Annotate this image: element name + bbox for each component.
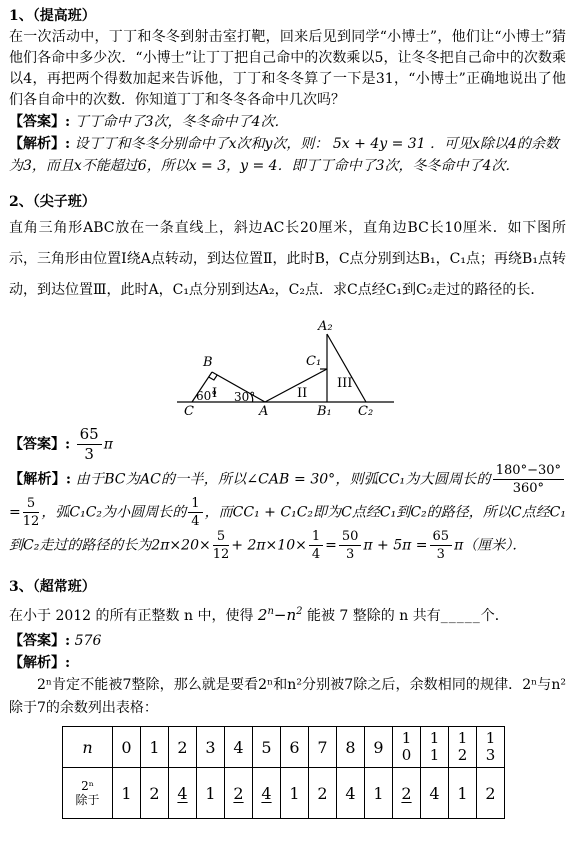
remainder-cell: 1 xyxy=(281,768,309,819)
problem1-body: 在一次活动中，丁丁和冬冬到射击室打靶，回来后见到同学“小博士”，他们让“小博士”… xyxy=(9,27,566,111)
problem3-analysis-label-line: 【解析】: xyxy=(9,652,566,674)
document-page: 1、（提高班） 在一次活动中，丁丁和冬冬到射击室打靶，回来后见到同学“小博士”，… xyxy=(0,0,575,819)
answer-label: 【答案】: xyxy=(9,437,70,453)
position-label-i: I xyxy=(212,386,217,401)
row-header-2n-mod: 2ⁿ 除于 xyxy=(63,768,113,819)
position-label-ii: II xyxy=(297,386,307,401)
remainder-cell-underlined: 4 xyxy=(169,768,197,819)
vertex-label-c: C xyxy=(184,404,194,419)
answer-label: 【答案】: xyxy=(9,114,70,130)
remainder-cell: 2 xyxy=(309,768,337,819)
fraction-1-4b: 14 xyxy=(309,529,323,562)
vertex-label-c1: C₁ xyxy=(306,354,321,369)
problem1-equation: 5x + 4y = 31 xyxy=(333,136,426,152)
answer-fraction: 653 xyxy=(77,426,102,463)
n-cell: 7 xyxy=(309,727,337,768)
fraction-1-4: 14 xyxy=(188,496,202,529)
remainder-cell: 1 xyxy=(113,768,141,819)
problem3-analysis-paragraph: 2ⁿ肯定不能被7整除，那么就是要看2ⁿ和n²分别被7除之后，余数相同的规律．2ⁿ… xyxy=(9,674,566,720)
p2-an-text2: ，弧C₁C₂为小圆周长的 xyxy=(41,505,186,521)
p3-q-text1: 在小于 2012 的所有正整数 n 中，使得 xyxy=(9,608,253,624)
remainder-cell: 4 xyxy=(421,768,449,819)
n-cell: 8 xyxy=(337,727,365,768)
fraction-5-12: 512 xyxy=(23,496,40,529)
remainder-cell-underlined: 2 xyxy=(393,768,421,819)
remainder-cell-underlined: 2 xyxy=(225,768,253,819)
equals-sign: = xyxy=(9,505,21,521)
equals-sign2: = xyxy=(325,538,337,554)
rotation-triangles-diagram: A₂ C₁ B C A B₁ C₂ 60° I 30° II III xyxy=(0,310,575,422)
n-cell: 11 xyxy=(421,727,449,768)
p2-an-text6: π（厘米）． xyxy=(454,538,526,554)
problem1-analysis-text1: 设丁丁和冬冬分别命中了x次和y次，则： xyxy=(75,136,329,152)
problem1-analysis: 【解析】: 设丁丁和冬冬分别命中了x次和y次，则： 5x + 4y = 31 ．… xyxy=(9,133,566,177)
fraction-150-over-360: 180°−30°360° xyxy=(493,463,564,496)
remainder-table: n 0 1 2 3 4 5 6 7 8 9 10 11 12 13 2ⁿ 除于 xyxy=(62,726,505,819)
remainder-cell: 2 xyxy=(477,768,505,819)
remainder-cell-underlined: 4 xyxy=(253,768,281,819)
side-A-C1 xyxy=(265,369,327,402)
expression-2n-minus-n2: 2n−n2 xyxy=(258,606,303,624)
vertex-label-a: A xyxy=(258,404,268,419)
fraction-65-3: 653 xyxy=(430,529,453,562)
problem3-answer-line: 【答案】: 576 xyxy=(9,630,566,652)
position-label-iii: III xyxy=(337,376,352,391)
problem1-answer-text: 丁丁命中了3次，冬冬命中了4次． xyxy=(75,114,289,130)
p2-an-text5: π + 5π = xyxy=(363,538,427,554)
fraction-5-12b: 512 xyxy=(213,529,230,562)
fraction-50-3: 503 xyxy=(339,529,362,562)
remainder-cell: 1 xyxy=(197,768,225,819)
problem2-heading: 2、（尖子班） xyxy=(9,192,566,213)
answer-label: 【答案】: xyxy=(9,633,70,649)
n-cell: 6 xyxy=(281,727,309,768)
remainder-cell: 4 xyxy=(337,768,365,819)
vertex-label-b1: B₁ xyxy=(316,404,332,419)
vertex-label-b: B xyxy=(202,355,213,370)
problem2-body: 直角三角形ABC放在一条直线上，斜边AC长20厘米，直角边BC长10厘米．如下图… xyxy=(9,213,566,306)
n-cell: 13 xyxy=(477,727,505,768)
n-cell: 5 xyxy=(253,727,281,768)
analysis-label: 【解析】: xyxy=(9,472,71,488)
p3-q-text2: 能被 7 整除的 n 共有 xyxy=(307,608,441,624)
n-cell: 10 xyxy=(393,727,421,768)
table-row-n: n 0 1 2 3 4 5 6 7 8 9 10 11 12 13 xyxy=(63,727,505,768)
table-row-remainders: 2ⁿ 除于 1 2 4 1 2 4 1 2 4 1 2 4 1 2 xyxy=(63,768,505,819)
problem1-answer-line: 【答案】: 丁丁命中了3次，冬冬命中了4次． xyxy=(9,111,566,133)
n-cell: 0 xyxy=(113,727,141,768)
n-cell: 9 xyxy=(365,727,393,768)
p2-an-text4: + 2π×10× xyxy=(231,538,307,554)
n-cell: 2 xyxy=(169,727,197,768)
row-header-n: n xyxy=(63,727,113,768)
p2-an-text1: 由于BC为AC的一半，所以∠CAB = 30°，则弧CC₁为大圆周长的 xyxy=(76,472,491,488)
problem3-answer-text: 576 xyxy=(75,633,102,649)
n-cell: 4 xyxy=(225,727,253,768)
problem2-analysis: 【解析】: 由于BC为AC的一半，所以∠CAB = 30°，则弧CC₁为大圆周长… xyxy=(9,463,566,562)
remainder-cell: 1 xyxy=(365,768,393,819)
side-A2-C2 xyxy=(327,334,366,402)
p3-q-text3: 个． xyxy=(481,608,509,624)
analysis-label: 【解析】: xyxy=(9,655,70,671)
problem2-answer-line: 【答案】: 653π xyxy=(9,426,566,463)
angle-label-30: 30° xyxy=(234,390,255,404)
vertex-label-c2: C₂ xyxy=(358,404,373,419)
n-cell: 3 xyxy=(197,727,225,768)
vertex-label-a2: A₂ xyxy=(317,319,333,334)
problem1-heading: 1、（提高班） xyxy=(9,6,566,27)
pi-symbol: π xyxy=(104,437,113,453)
remainder-cell: 1 xyxy=(449,768,477,819)
n-cell: 12 xyxy=(449,727,477,768)
analysis-label: 【解析】: xyxy=(9,136,70,152)
answer-blank: _____ xyxy=(441,608,481,624)
problem3-heading: 3、（超常班） xyxy=(9,577,566,598)
problem3-question: 在小于 2012 的所有正整数 n 中，使得 2n−n2 能被 7 整除的 n … xyxy=(9,598,566,630)
n-cell: 1 xyxy=(141,727,169,768)
remainder-cell: 2 xyxy=(141,768,169,819)
